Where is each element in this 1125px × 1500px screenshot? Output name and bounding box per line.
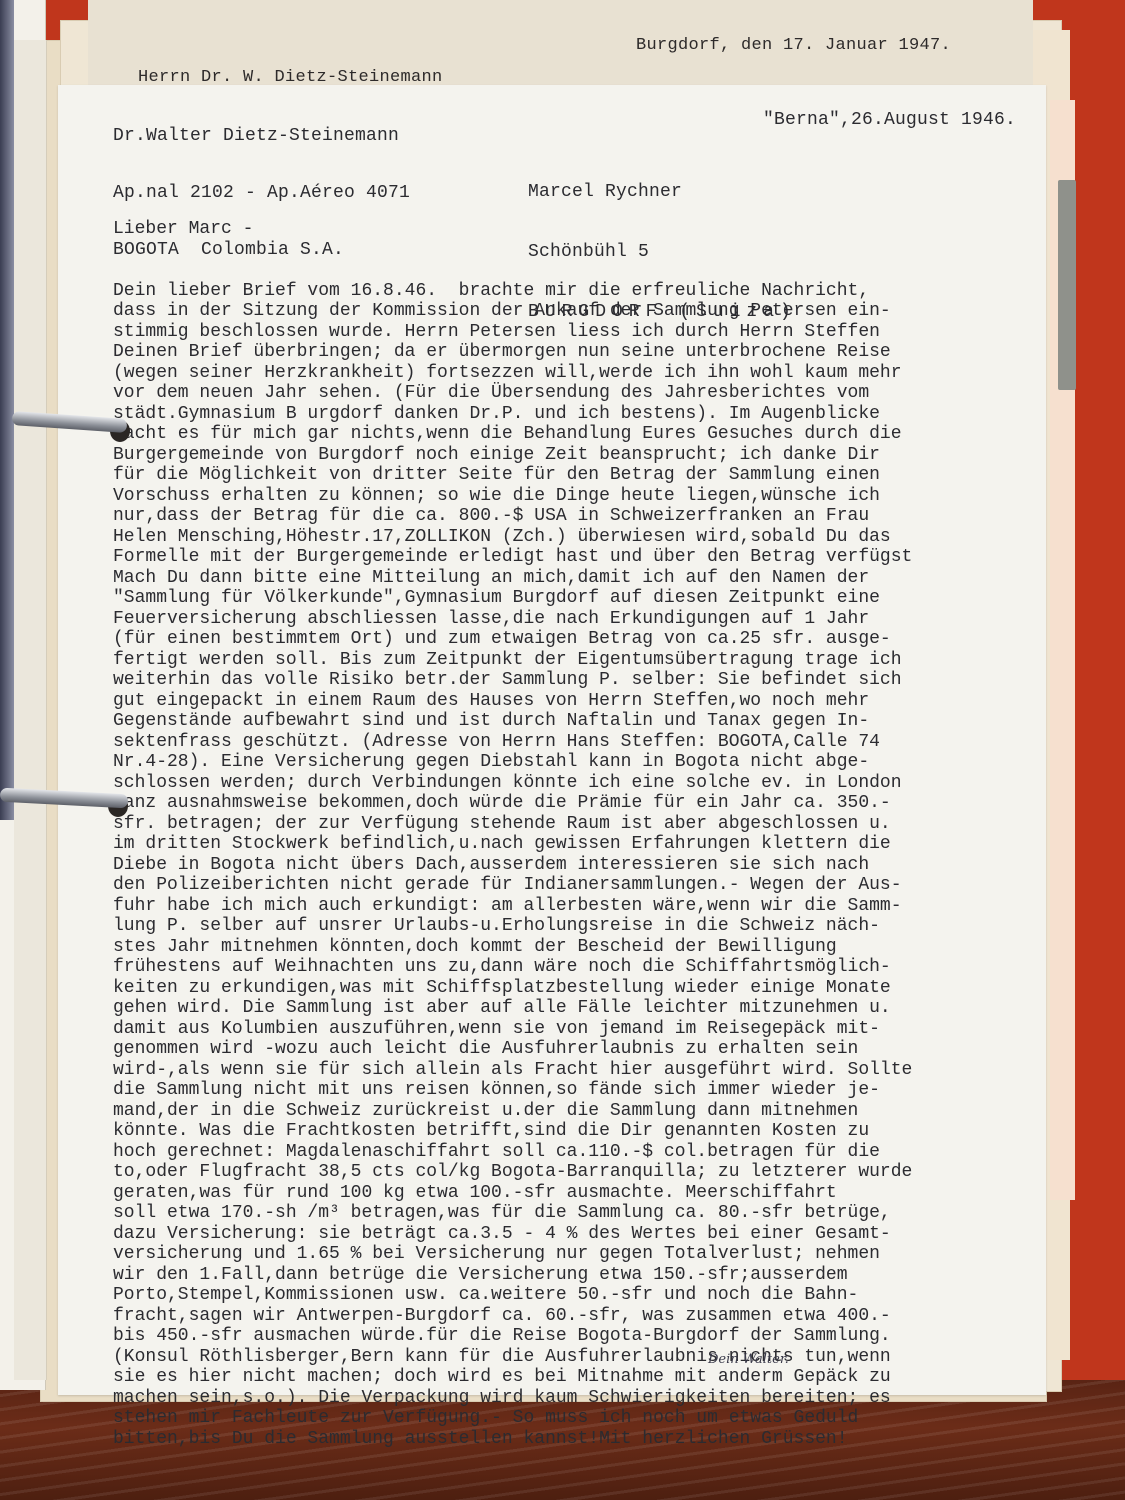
body-line: "Sammlung für Völkerkunde",Gymnasium Bur… (113, 588, 1043, 609)
body-line: den Polizeiberichten nicht gerade für In… (113, 875, 1043, 896)
body-line: Helen Mensching,Höhestr.17,ZOLLIKON (Zch… (113, 527, 1043, 548)
body-line: sfr. betragen; der zur Verfügung stehend… (113, 814, 1043, 835)
previous-page-text-strip (0, 0, 14, 820)
body-line: die Sammlung nicht mit uns reisen können… (113, 1080, 1043, 1101)
body-line: Gegenstände aufbewahrt sind und ist durc… (113, 711, 1043, 732)
background-letter-date: Burgdorf, den 17. Januar 1947. (636, 36, 951, 55)
body-line: fuhr habe ich mich auch erkundigt: am al… (113, 896, 1043, 917)
handwritten-signature: Dein Walter. (708, 1352, 789, 1367)
body-line: (für einen bestimmtem Ort) und zum etwai… (113, 629, 1043, 650)
body-line: versicherung und 1.65 % bei Versicherung… (113, 1244, 1043, 1265)
body-line: (wegen seiner Herzkrankheit) fortsezzen … (113, 363, 1043, 384)
divider-tab (1058, 180, 1076, 390)
body-line: Diebe in Bogota nicht übers Dach,ausserd… (113, 855, 1043, 876)
body-line: dazu Versicherung: sie beträgt ca.3.5 - … (113, 1224, 1043, 1245)
body-line: im dritten Stockwerk befindlich,u.nach g… (113, 834, 1043, 855)
body-line: Deinen Brief überbringen; da er übermorg… (113, 342, 1043, 363)
body-line: lung P. selber auf unsrer Urlaubs-u.Erho… (113, 916, 1043, 937)
body-line: gut eingepackt in einem Raum des Hauses … (113, 691, 1043, 712)
body-line: Burgergemeinde von Burgdorf noch einige … (113, 445, 1043, 466)
body-line: für die Möglichkeit von dritter Seite fü… (113, 465, 1043, 486)
body-line: vor dem neuen Jahr sehen. (Für die Übers… (113, 383, 1043, 404)
body-line: genommen wird -wozu auch leicht die Ausf… (113, 1039, 1043, 1060)
body-line: gehen wird. Die Sammlung ist aber auf al… (113, 998, 1043, 1019)
sender-name: Dr.Walter Dietz-Steinemann (113, 127, 410, 146)
body-line: dass in der Sitzung der Kommission der A… (113, 301, 1043, 322)
letter-body: Lieber Marc - Dein lieber Brief vom 16.8… (113, 178, 1043, 1490)
body-line: fertigt werden soll. Bis zum Zeitpunkt d… (113, 650, 1043, 671)
body-line: Dein lieber Brief vom 16.8.46. brachte m… (113, 281, 1043, 302)
previous-page (0, 0, 46, 1390)
body-line: (Konsul Röthlisberger,Bern kann für die … (113, 1347, 1043, 1368)
body-line: fracht,sagen wir Antwerpen-Burgdorf ca. … (113, 1306, 1043, 1327)
body-line: sie es hier nicht machen; doch wird es b… (113, 1367, 1043, 1388)
previous-page-edge (14, 40, 47, 1380)
body-line: Formelle mit der Burgergemeinde erledigt… (113, 547, 1043, 568)
body-line: frühestens auf Weihnachten uns zu,dann w… (113, 957, 1043, 978)
body-line: bitten,bis Du die Sammlung ausstellen ka… (113, 1429, 1043, 1450)
body-line: soll etwa 170.-sh /m³ betragen,was für d… (113, 1203, 1043, 1224)
body-line: Nr.4-28). Eine Versicherung gegen Diebst… (113, 752, 1043, 773)
body-line: damit aus Kolumbien auszuführen,wenn sie… (113, 1019, 1043, 1040)
body-line: geraten,was für rund 100 kg etwa 100.-sf… (113, 1183, 1043, 1204)
body-line: stes Jahr mitnehmen könnten,doch kommt d… (113, 937, 1043, 958)
body-line: stimmig beschlossen wurde. Herrn Peterse… (113, 322, 1043, 343)
body-line: Vorschuss erhalten zu können; so wie die… (113, 486, 1043, 507)
body-line: mand,der in die Schweiz zurückreist u.de… (113, 1101, 1043, 1122)
body-line: schlossen werden; durch Verbindungen kön… (113, 773, 1043, 794)
body-line: stehen mir Fachleute zur Verfügung.- So … (113, 1408, 1043, 1429)
body-line: sektenfrass geschützt. (Adresse von Herr… (113, 732, 1043, 753)
body-line: Porto,Stempel,Kommissionen usw. ca.weite… (113, 1285, 1043, 1306)
typewritten-letter: Dr.Walter Dietz-Steinemann Ap.nal 2102 -… (58, 85, 1046, 1395)
body-line: wir den 1.Fall,dann betrüge die Versiche… (113, 1265, 1043, 1286)
body-line: hoch gerechnet: Magdalenaschiffahrt soll… (113, 1142, 1043, 1163)
salutation: Lieber Marc - (113, 219, 1043, 240)
body-line: macht es für mich gar nichts,wenn die Be… (113, 424, 1043, 445)
body-line: bis 450.-sfr ausmachen würde.für die Rei… (113, 1326, 1043, 1347)
body-line: weiterhin das volle Risiko betr.der Samm… (113, 670, 1043, 691)
body-line: keiten zu erkundigen,was mit Schiffsplat… (113, 978, 1043, 999)
body-line: Feuerversicherung abschliessen lasse,die… (113, 609, 1043, 630)
body-line: städt.Gymnasium B urgdorf danken Dr.P. u… (113, 404, 1043, 425)
body-line: wird-,als wenn sie für sich allein als F… (113, 1060, 1043, 1081)
body-line: ganz ausnahmsweise bekommen,doch würde d… (113, 793, 1043, 814)
body-paragraph: Dein lieber Brief vom 16.8.46. brachte m… (113, 281, 1043, 1450)
body-line: Mach Du dann bitte eine Mitteilung an mi… (113, 568, 1043, 589)
body-line: to,oder Flugfracht 38,5 cts col/kg Bogot… (113, 1162, 1043, 1183)
body-line: nur,dass der Betrag für die ca. 800.-$ U… (113, 506, 1043, 527)
body-line: könnte. Was die Frachtkosten betrifft,si… (113, 1121, 1043, 1142)
body-line: machen sein,s.o.). Die Verpackung wird k… (113, 1388, 1043, 1409)
letter-date: "Berna",26.August 1946. (763, 110, 1016, 130)
